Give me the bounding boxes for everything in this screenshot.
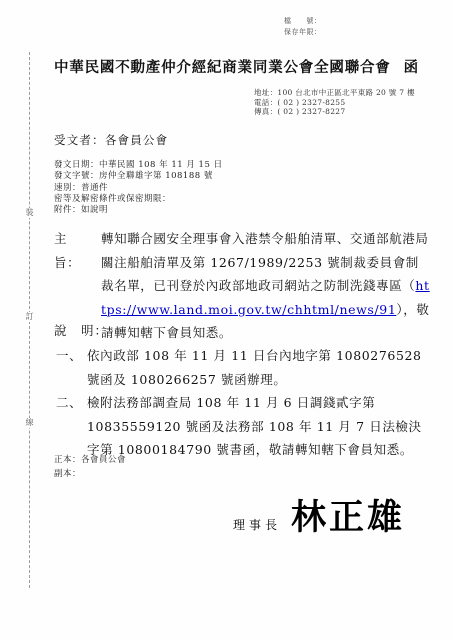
explanation-item-1: 一、 依內政部 108 年 11 月 11 日台內地字第 1080276528 …	[56, 344, 428, 391]
subject-text: 轉知聯合國安全理事會入港禁令船舶清單、交通部航港局關注船舶清單及第 1267/1…	[101, 227, 431, 345]
address-line: 地址：100 台北市中正區北平東路 20 號 7 樓	[254, 88, 415, 98]
binding-mark-zhuang: 裝	[24, 208, 35, 218]
page-title: 中華民國不動產仲介經紀商業同業公會全國聯合會函	[54, 56, 419, 77]
doc-number-line: 發文字號：房仲全聯雄字第 108188 號	[54, 171, 223, 182]
fax-line: 傳真：( 02 ) 2327-8227	[254, 107, 415, 117]
subject-text-before: 轉知聯合國安全理事會入港禁令船舶清單、交通部航港局關注船舶清單及第 1267/1…	[101, 231, 429, 293]
item-2-text: 檢附法務部調查局 108 年 11 月 6 日調錢貳字第 10835559120…	[87, 391, 428, 462]
signature-block: 理事長 林正雄	[233, 490, 405, 540]
original-value: 各會員公會	[81, 455, 126, 465]
doc-type-label: 函	[404, 59, 419, 76]
recipient-value: 各會員公會	[105, 133, 169, 147]
original-copy-line: 正本：各會員公會	[54, 453, 126, 467]
item-1-number: 一、	[56, 344, 87, 391]
speed-line: 速別：普通件	[54, 183, 223, 194]
attachment-line: 附件：如說明	[54, 205, 223, 216]
original-label: 正本：	[54, 455, 81, 465]
cc-copy-line: 副本：	[54, 467, 126, 481]
contact-block: 地址：100 台北市中正區北平東路 20 號 7 樓 電話：( 02 ) 232…	[254, 88, 415, 117]
phone-line: 電話：( 02 ) 2327-8255	[254, 98, 415, 108]
recipient-label: 受文者：	[54, 133, 105, 147]
binding-mark-ding: 訂	[24, 312, 35, 322]
copies-block: 正本：各會員公會 副本：	[54, 453, 126, 481]
item-1-text: 依內政部 108 年 11 月 11 日台內地字第 1080276528 號函及…	[87, 344, 428, 391]
chairman-title: 理事長	[233, 516, 281, 533]
item-2-number: 二、	[56, 391, 87, 462]
recipient-line: 受文者：各會員公會	[54, 132, 168, 148]
official-letter-page: 裝 訂 線 檔 號： 保存年限： 中華民國不動產仲介經紀商業同業公會全國聯合會函…	[0, 0, 452, 640]
explanation-label: 說 明：	[54, 321, 108, 339]
binding-mark-xian: 線	[24, 418, 35, 428]
file-no-label: 檔 號：	[284, 16, 322, 27]
cc-label: 副本：	[54, 469, 81, 479]
subject-paragraph: 主 旨： 轉知聯合國安全理事會入港禁令船舶清單、交通部航港局關注船舶清單及第 1…	[54, 227, 431, 345]
explanation-item-2: 二、 檢附法務部調查局 108 年 11 月 6 日調錢貳字第 10835559…	[56, 391, 428, 462]
retention-label: 保存年限：	[284, 27, 322, 38]
secrecy-line: 密等及解密條件或保密期限：	[54, 194, 223, 205]
org-name: 中華民國不動產仲介經紀商業同業公會全國聯合會	[54, 59, 391, 76]
binding-line: 裝 訂 線	[29, 52, 30, 588]
meta-block: 發文日期：中華民國 108 年 11 月 15 日 發文字號：房仲全聯雄字第 1…	[54, 160, 223, 216]
chairman-name: 林正雄	[291, 490, 405, 540]
issue-date-line: 發文日期：中華民國 108 年 11 月 15 日	[54, 160, 223, 171]
explanation-items: 一、 依內政部 108 年 11 月 11 日台內地字第 1080276528 …	[56, 344, 428, 462]
file-number-block: 檔 號： 保存年限：	[284, 16, 322, 38]
